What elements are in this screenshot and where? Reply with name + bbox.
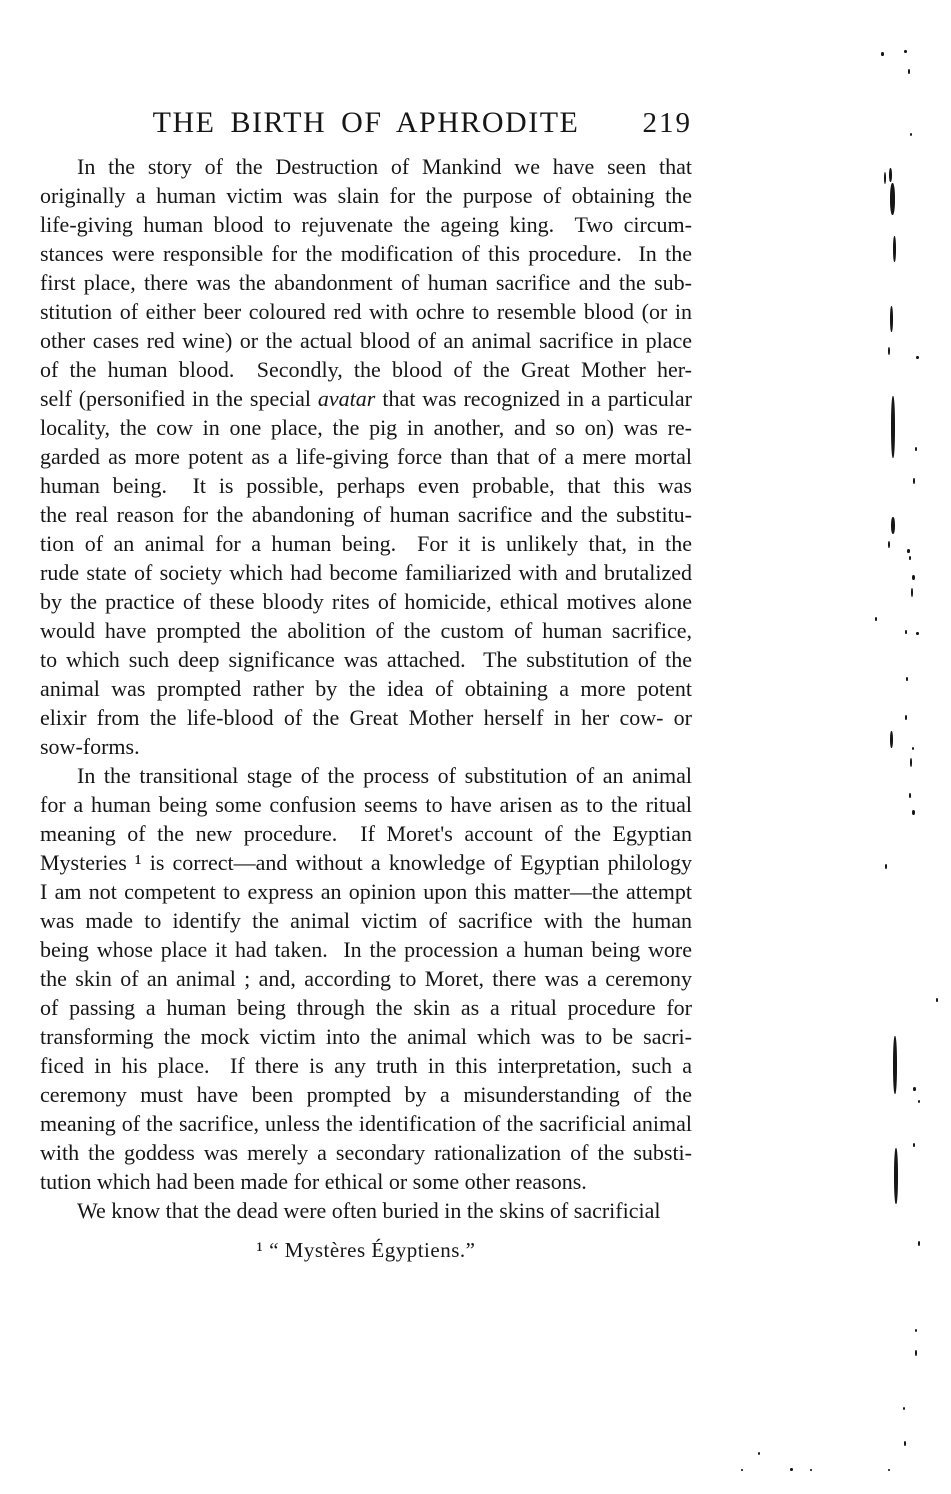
paragraph: We know that the dead were often buried …	[40, 1196, 692, 1225]
ink-speckle	[890, 306, 893, 332]
text-segment: that was recognized in a particular	[375, 386, 692, 411]
ink-speckle	[915, 1329, 917, 1332]
text-line: transforming the mock victim into the an…	[40, 1022, 692, 1051]
ink-speckle	[909, 556, 911, 560]
ink-speckle	[916, 632, 919, 635]
text-line: meaning of the new procedure. If Moret's…	[40, 819, 692, 848]
text-line: locality, the cow in one place, the pig …	[40, 413, 692, 442]
text-line: In the transitional stage of the process…	[40, 761, 692, 790]
ink-speckle	[885, 864, 887, 869]
ink-speckle	[903, 1407, 905, 1410]
text-line: would have prompted the abolition of the…	[40, 616, 692, 645]
ink-speckle	[906, 677, 908, 681]
text-line: Mysteries ¹ is correct—and without a kno…	[40, 848, 692, 877]
ink-speckle	[911, 588, 913, 597]
ink-speckle	[913, 1143, 915, 1147]
text-line: with the goddess was merely a secondary …	[40, 1138, 692, 1167]
ink-speckle	[912, 747, 914, 750]
text-line: of passing a human being through the ski…	[40, 993, 692, 1022]
text-line: other cases red wine) or the actual bloo…	[40, 326, 692, 355]
ink-speckle	[912, 810, 915, 815]
text-line: In the story of the Destruction of Manki…	[40, 152, 692, 181]
page-title: THE BIRTH OF APHRODITE	[40, 106, 692, 140]
ink-speckle	[913, 478, 915, 484]
text-line: being whose place it had taken. In the p…	[40, 935, 692, 964]
scanned-book-page: THE BIRTH OF APHRODITE 219 In the story …	[0, 0, 951, 1494]
page-number: 219	[643, 107, 693, 140]
page-body: In the story of the Destruction of Manki…	[40, 152, 692, 1225]
ink-speckle	[909, 793, 911, 798]
text-line: tution which had been made for ethical o…	[40, 1167, 692, 1196]
running-head: THE BIRTH OF APHRODITE 219	[40, 106, 692, 146]
ink-speckle	[894, 1148, 898, 1204]
text-line: life-giving human blood to rejuvenate th…	[40, 210, 692, 239]
text-line: originally a human victim was slain for …	[40, 181, 692, 210]
paragraph: In the story of the Destruction of Manki…	[40, 152, 692, 761]
text-line: to which such deep significance was atta…	[40, 645, 692, 674]
text-line: for a human being some confusion seems t…	[40, 790, 692, 819]
ink-speckle	[907, 549, 910, 553]
text-line: We know that the dead were often buried …	[40, 1196, 692, 1225]
ink-speckle	[888, 347, 890, 355]
ink-speckle	[758, 1452, 760, 1455]
ink-speckle	[918, 1241, 920, 1246]
ink-speckle	[810, 1469, 812, 1471]
text-line: human being. It is possible, perhaps eve…	[40, 471, 692, 500]
footnote: ¹ “ Mystères Égyptiens.”	[40, 1238, 692, 1263]
ink-speckle	[881, 52, 884, 56]
ink-speckle	[905, 715, 907, 720]
ink-speckle	[741, 1469, 743, 1471]
text-line: stances were responsible for the modific…	[40, 239, 692, 268]
text-line: the skin of an animal ; and, according t…	[40, 964, 692, 993]
ink-speckle	[904, 50, 907, 53]
ink-speckle	[916, 356, 919, 359]
ink-speckle	[790, 1468, 793, 1471]
text-segment: self (personified in the special	[40, 386, 318, 411]
ink-speckle	[913, 1087, 916, 1091]
text-line: sow-forms.	[40, 732, 692, 761]
text-line: ficed in his place. If there is any trut…	[40, 1051, 692, 1080]
text-line: of the human blood. Secondly, the blood …	[40, 355, 692, 384]
ink-speckle	[888, 1469, 890, 1471]
ink-speckle	[891, 517, 895, 534]
italic-word: avatar	[318, 386, 375, 411]
text-line: self (personified in the special avatar …	[40, 384, 692, 413]
text-line: ceremony must have been prompted by a mi…	[40, 1080, 692, 1109]
ink-speckle	[891, 396, 895, 458]
ink-speckle	[889, 168, 892, 182]
ink-speckle	[905, 630, 907, 634]
text-line: tion of an animal for a human being. For…	[40, 529, 692, 558]
text-line: garded as more potent as a life-giving f…	[40, 442, 692, 471]
text-line: stitution of either beer coloured red wi…	[40, 297, 692, 326]
ink-speckle	[890, 183, 895, 215]
ink-speckle	[912, 575, 915, 580]
text-line: elixir from the life-blood of the Great …	[40, 703, 692, 732]
ink-speckle	[936, 998, 938, 1002]
text-line: by the practice of these bloody rites of…	[40, 587, 692, 616]
ink-speckle	[918, 1100, 920, 1103]
ink-speckle	[904, 1441, 906, 1446]
text-line: rude state of society which had become f…	[40, 558, 692, 587]
ink-speckle	[875, 617, 877, 621]
ink-speckle	[915, 1350, 917, 1356]
ink-speckle	[890, 731, 893, 748]
ink-speckle	[893, 1036, 897, 1094]
ink-speckle	[893, 236, 896, 262]
ink-speckle	[910, 133, 912, 136]
text-line: meaning of the sacrifice, unless the ide…	[40, 1109, 692, 1138]
text-line: first place, there was the abandonment o…	[40, 268, 692, 297]
ink-speckle	[908, 69, 910, 74]
text-line: was made to identify the animal victim o…	[40, 906, 692, 935]
ink-speckle	[910, 758, 912, 767]
text-line: I am not competent to express an opinion…	[40, 877, 692, 906]
paragraph: In the transitional stage of the process…	[40, 761, 692, 1196]
text-line: the real reason for the abandoning of hu…	[40, 500, 692, 529]
ink-speckle	[888, 541, 890, 548]
text-line: animal was prompted rather by the idea o…	[40, 674, 692, 703]
ink-speckle	[884, 172, 886, 184]
ink-speckle	[915, 447, 917, 451]
